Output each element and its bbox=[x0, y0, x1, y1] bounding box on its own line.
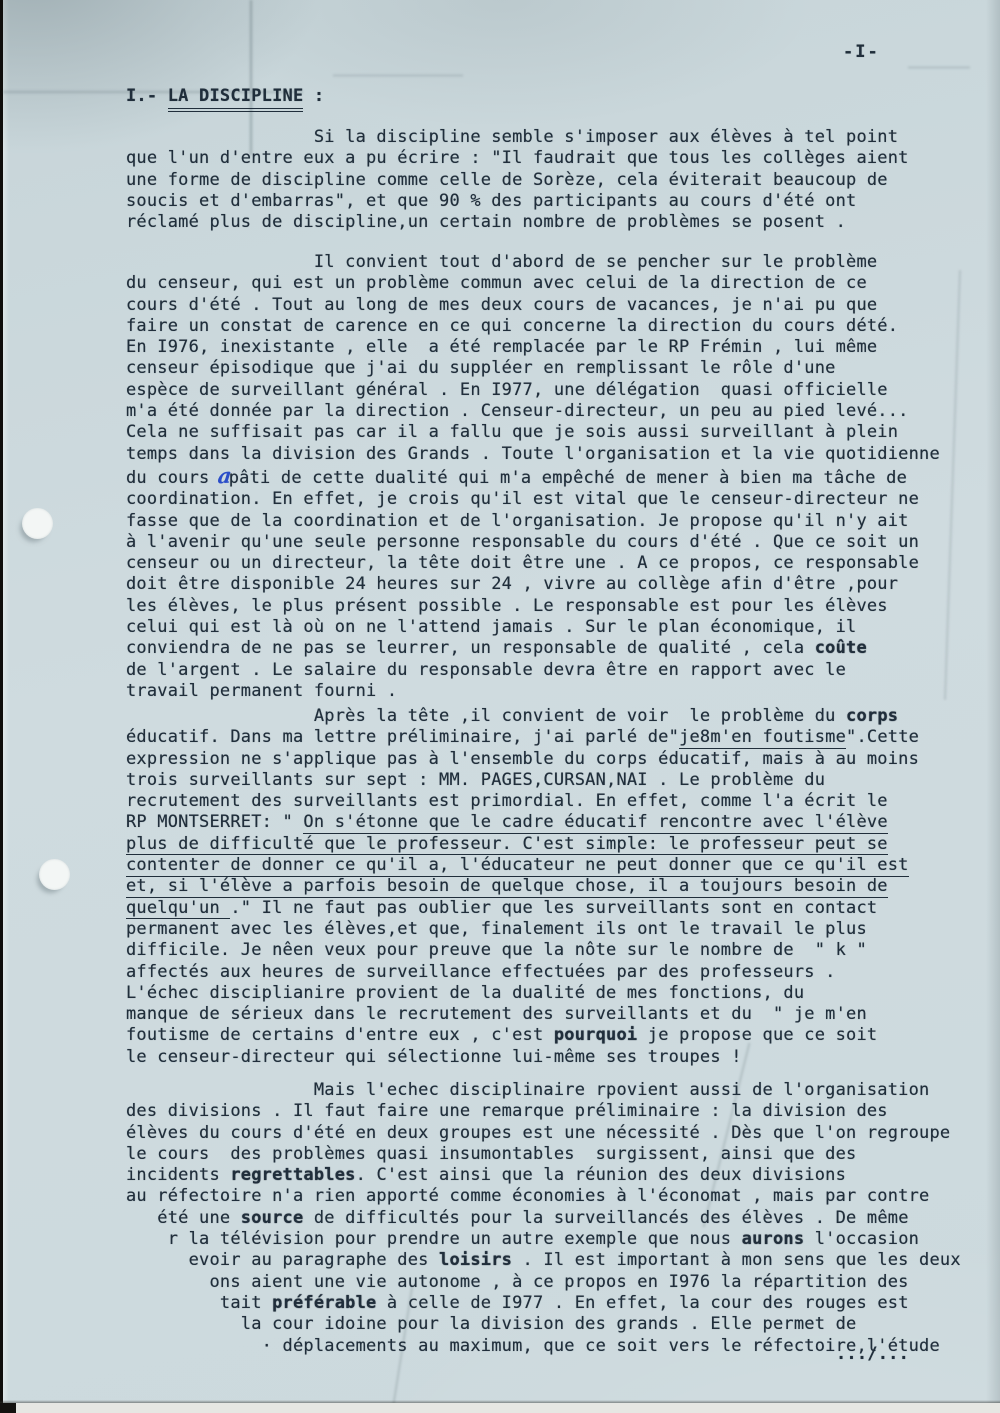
text-line: Si la discipline semble s'imposer aux él… bbox=[126, 127, 909, 148]
handwritten-correction: a bbox=[217, 465, 233, 487]
section-heading: I.- LA DISCIPLINE : bbox=[126, 86, 324, 107]
text-line: tait préférable à celle de I977 . En eff… bbox=[126, 1293, 961, 1314]
text-line: une forme de discipline comme celle de S… bbox=[126, 170, 909, 191]
scan-corner-shadow bbox=[0, 1403, 16, 1413]
text-line: trois surveillants sur sept : MM. PAGES,… bbox=[126, 770, 919, 791]
text-line: faire un constat de carence en ce qui co… bbox=[126, 316, 940, 337]
text-line: éducatif. Dans ma lettre préliminaire, j… bbox=[126, 727, 919, 748]
scanner-bed-strip bbox=[0, 1403, 1000, 1413]
text-line: manque de sérieux dans le recrutement de… bbox=[126, 1004, 919, 1025]
text-line: que l'un d'entre eux a pu écrire : "Il f… bbox=[126, 148, 909, 169]
text-line: contenter de donner ce qu'il a, l'éducat… bbox=[126, 855, 919, 876]
text-line: travail permanent fourni . bbox=[126, 681, 940, 702]
continuation-mark: .../... bbox=[836, 1344, 909, 1365]
text-line: fasse que de la coordination et de l'org… bbox=[126, 511, 940, 532]
text-line: le cours des problèmes quasi insumontabl… bbox=[126, 1144, 961, 1165]
paragraph: Mais l'echec disciplinaire rpovient auss… bbox=[126, 1080, 961, 1357]
text-line: été une source de difficultés pour la su… bbox=[126, 1208, 961, 1229]
text-line: censeur ou un directeur, la tête doit êt… bbox=[126, 553, 940, 574]
text-line: En I976, inexistante , elle a été rempla… bbox=[126, 337, 940, 358]
text-line: soucis et d'embarras", et que 90 % des p… bbox=[126, 191, 909, 212]
section-heading-number: I.- bbox=[126, 86, 168, 106]
text-line: Après la tête ,il convient de voir le pr… bbox=[126, 706, 919, 727]
text-line: coordination. En effet, je crois qu'il e… bbox=[126, 489, 940, 510]
text-line: incidents regrettables. C'est ainsi que … bbox=[126, 1165, 961, 1186]
page-number: -I- bbox=[843, 42, 923, 63]
text-line: temps dans la division des Grands . Tout… bbox=[126, 444, 940, 465]
text-line: cours d'été . Tout au long de mes deux c… bbox=[126, 295, 940, 316]
text-line: Cela ne suffisait pas car il a fallu que… bbox=[126, 422, 940, 443]
text-line: les élèves, le plus présent possible . L… bbox=[126, 596, 940, 617]
typewritten-text: -I- I.- LA DISCIPLINE : Si la discipline… bbox=[3, 0, 1000, 1403]
text-line: foutisme de certains d'entre eux , c'est… bbox=[126, 1025, 919, 1046]
text-line: m'a été donnée par la direction . Censeu… bbox=[126, 401, 940, 422]
section-heading-colon: : bbox=[303, 86, 324, 106]
text-line: recrutement des surveillants est primord… bbox=[126, 791, 919, 812]
text-line: de l'argent . Le salaire du responsable … bbox=[126, 660, 940, 681]
text-line: la cour idoine pour la division des gran… bbox=[126, 1314, 961, 1335]
text-line: permanent avec les élèves,et que, finale… bbox=[126, 919, 919, 940]
text-line: quelqu'un ." Il ne faut pas oublier que … bbox=[126, 898, 919, 919]
text-line: du cours apâti de cette dualité qui m'a … bbox=[126, 465, 940, 489]
text-line: le censeur-directeur qui sélectionne lui… bbox=[126, 1047, 919, 1068]
scanned-document-screenshot: -I- I.- LA DISCIPLINE : Si la discipline… bbox=[0, 0, 1000, 1413]
paragraph: Après la tête ,il convient de voir le pr… bbox=[126, 706, 919, 1068]
document-page: -I- I.- LA DISCIPLINE : Si la discipline… bbox=[3, 0, 1000, 1403]
text-line: RP MONTSERRET: " On s'étonne que le cadr… bbox=[126, 812, 919, 833]
text-line: celui qui est là où on ne l'attend jamai… bbox=[126, 617, 940, 638]
text-line: L'échec disciplianire provient de la dua… bbox=[126, 983, 919, 1004]
text-line: affectés aux heures de surveillance effe… bbox=[126, 962, 919, 983]
text-line: evoir au paragraphe des loisirs . Il est… bbox=[126, 1250, 961, 1271]
text-line: et, si l'élève a parfois besoin de quelq… bbox=[126, 876, 919, 897]
text-line: espèce de surveillant général . En I977,… bbox=[126, 380, 940, 401]
text-line: plus de difficulté que le professeur. C'… bbox=[126, 834, 919, 855]
paragraph: Si la discipline semble s'imposer aux él… bbox=[126, 127, 909, 233]
text-line: doit être disponible 24 heures sur 24 , … bbox=[126, 574, 940, 595]
text-line: élèves du cours d'été en deux groupes es… bbox=[126, 1123, 961, 1144]
paragraph: Il convient tout d'abord de se pencher s… bbox=[126, 252, 940, 702]
text-line: au réfectoire n'a rien apporté comme éco… bbox=[126, 1186, 961, 1207]
text-line: du censeur, qui est un problème commun a… bbox=[126, 273, 940, 294]
text-line: expression ne s'applique pas à l'ensembl… bbox=[126, 749, 919, 770]
text-line: censeur épisodique que j'ai du suppléer … bbox=[126, 358, 940, 379]
text-line: Mais l'echec disciplinaire rpovient auss… bbox=[126, 1080, 961, 1101]
text-line: ons aient une vie autonome , à ce propos… bbox=[126, 1272, 961, 1293]
text-line: des divisions . Il faut faire une remarq… bbox=[126, 1101, 961, 1122]
section-heading-text: LA DISCIPLINE bbox=[168, 86, 304, 112]
text-line: Il convient tout d'abord de se pencher s… bbox=[126, 252, 940, 273]
text-line: à l'avenir qu'une seule personne respons… bbox=[126, 532, 940, 553]
text-line: conviendra de ne pas se leurrer, un resp… bbox=[126, 638, 940, 659]
text-line: difficile. Je nêen veux pour preuve que … bbox=[126, 940, 919, 961]
text-line: réclamé plus de discipline,un certain no… bbox=[126, 212, 909, 233]
text-line: r la télévision pour prendre un autre ex… bbox=[126, 1229, 961, 1250]
